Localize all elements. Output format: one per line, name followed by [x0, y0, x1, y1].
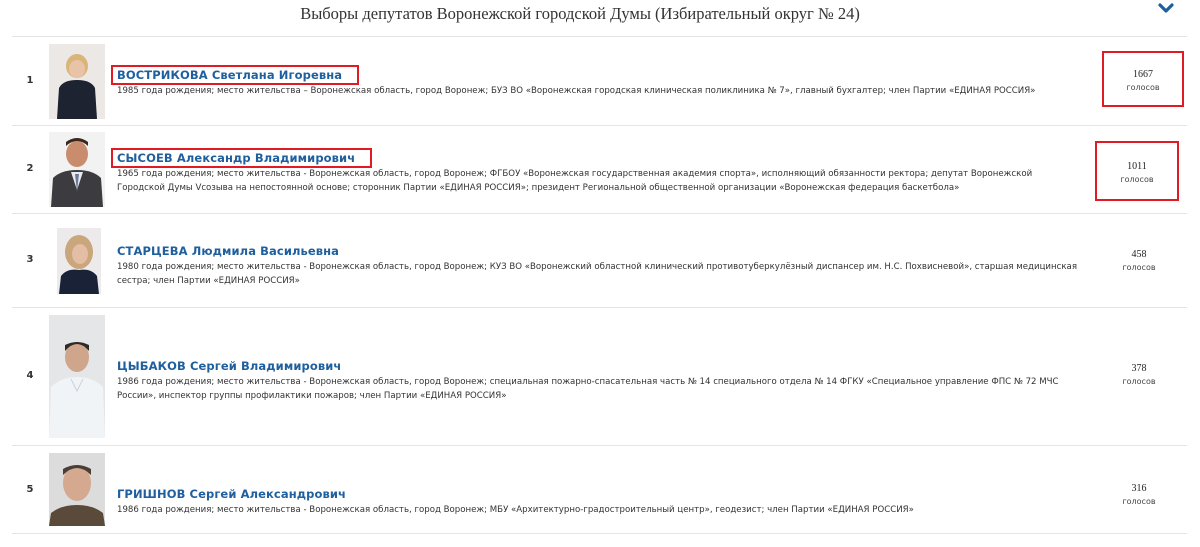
vote-count-value: 458 [1094, 249, 1184, 260]
vote-count-value: 1011 [1097, 161, 1177, 172]
candidate-name-link[interactable]: ЦЫБАКОВ Сергей Владимирович [117, 359, 341, 373]
candidate-photo [49, 44, 105, 119]
candidate-number: 3 [12, 254, 48, 265]
candidate-description: 1986 года рождения; место жительства - В… [117, 503, 1077, 517]
candidate-photo [49, 132, 105, 207]
vote-count: 316 голосов [1094, 483, 1184, 506]
table-row: 1 ВОСТРИКОВА Светлана Игоревна 1985 года… [12, 36, 1187, 125]
vote-count-unit: голосов [1094, 377, 1184, 386]
page-title: Выборы депутатов Воронежской городской Д… [0, 4, 1160, 24]
candidate-number: 5 [12, 484, 48, 495]
vote-count-unit: голосов [1094, 497, 1184, 506]
table-row: 5 ГРИШНОВ Сергей Александрович 1986 года… [12, 445, 1187, 534]
candidate-number: 2 [12, 163, 48, 174]
vote-count-value: 316 [1094, 483, 1184, 494]
vote-count: 1667 голосов [1102, 51, 1184, 107]
candidate-photo [49, 315, 105, 438]
candidate-name-link[interactable]: СЫСОЕВ Александр Владимирович [114, 151, 369, 165]
page-header: Выборы депутатов Воронежской городской Д… [0, 0, 1200, 36]
candidate-name-link[interactable]: ГРИШНОВ Сергей Александрович [117, 487, 346, 501]
candidate-description: 1965 года рождения; место жительства - В… [117, 167, 1077, 195]
candidate-description: 1980 года рождения; место жительства - В… [117, 260, 1077, 288]
table-row: 3 СТАРЦЕВА Людмила Васильевна 1980 года … [12, 213, 1187, 307]
vote-count: 458 голосов [1094, 249, 1184, 272]
candidate-name-link[interactable]: СТАРЦЕВА Людмила Васильевна [117, 244, 339, 258]
candidates-table: 1 ВОСТРИКОВА Светлана Игоревна 1985 года… [12, 36, 1187, 534]
candidate-number: 1 [12, 75, 48, 86]
candidate-photo [57, 228, 101, 294]
vote-count: 1011 голосов [1095, 141, 1179, 201]
vote-count-value: 378 [1094, 363, 1184, 374]
vote-count: 378 голосов [1094, 363, 1184, 386]
vote-count-unit: голосов [1104, 83, 1182, 92]
vote-count-unit: голосов [1097, 175, 1177, 184]
candidate-description: 1985 года рождения; место жительства – В… [117, 84, 1077, 98]
candidate-photo [49, 453, 105, 526]
candidate-description: 1986 года рождения; место жительства - В… [117, 375, 1077, 403]
table-row: 4 ЦЫБАКОВ Сергей Владимирович 1986 года … [12, 307, 1187, 445]
chevron-down-icon[interactable] [1157, 2, 1175, 16]
table-row: 2 СЫСОЕВ Александр Владимирович 1965 год… [12, 125, 1187, 213]
vote-count-value: 1667 [1104, 69, 1182, 80]
candidate-number: 4 [12, 370, 48, 381]
vote-count-unit: голосов [1094, 263, 1184, 272]
candidate-name-link[interactable]: ВОСТРИКОВА Светлана Игоревна [114, 68, 356, 82]
